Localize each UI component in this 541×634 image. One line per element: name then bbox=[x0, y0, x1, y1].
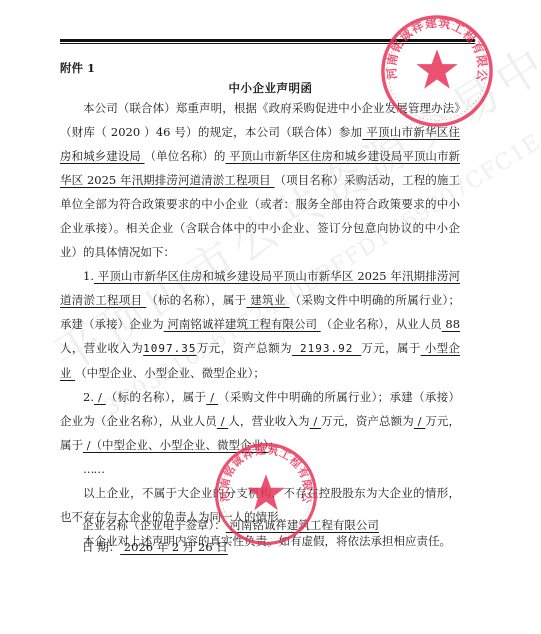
signature-date-label: 日 期： bbox=[82, 540, 120, 554]
item-2-size-field: /（中型企业、小型企业、微型企业） bbox=[83, 438, 269, 452]
header-rule-thick bbox=[60, 39, 475, 42]
ellipsis: …… bbox=[60, 457, 460, 481]
item-2-industry-field: / bbox=[206, 390, 218, 404]
signature-company-line: 企业名称（企业电子签章）： 河南铭诚祥建筑工程有限公司 bbox=[82, 515, 379, 535]
item-1-label-subject: （标的名称），属于 bbox=[146, 293, 246, 307]
item-1-employees-field: 88 bbox=[442, 317, 460, 331]
intro-paragraph: 本公司（联合体）郑重声明，根据《政府采购促进中小企业发展管理办法》（财库（ 20… bbox=[60, 96, 460, 264]
document-title: 中小企业声明函 bbox=[0, 80, 541, 96]
item-2-subject-field: / bbox=[94, 390, 106, 404]
signature-company-label: 企业名称（企业电子签章）： bbox=[82, 518, 226, 532]
signature-date-value: 2026 年 2 月 26 日 bbox=[120, 540, 228, 554]
item-2-label-employees: 人，营业收入为 bbox=[228, 414, 309, 428]
item-1-assets-field: 2193.92 bbox=[292, 342, 361, 355]
item-1-label-employees: 人，营业收入为 bbox=[60, 341, 143, 355]
header-rule-thin bbox=[60, 43, 475, 44]
signature-date-line: 日 期： 2026 年 2 月 26 日 bbox=[82, 537, 228, 557]
item-1-revenue-field: 1097.35 bbox=[143, 342, 196, 355]
intro-text-b: （单位名称）的 bbox=[145, 149, 226, 163]
item-1-company-field: 河南铭诚祥建筑工程有限公司 bbox=[164, 317, 321, 331]
item-2-employees-field: / bbox=[217, 414, 228, 428]
document-page: 附件 1 中小企业声明函 本公司（联合体）郑重声明，根据《政府采购促进中小企业发… bbox=[0, 0, 541, 634]
item-1-industry-field: 建筑业 bbox=[246, 293, 289, 307]
item-2-label-revenue: 万元，资产总额为 bbox=[321, 414, 414, 428]
header-double-rule bbox=[60, 39, 475, 45]
item-1-paragraph: 1. 平顶山市新华区住房和城乡建设局平顶山市新华区 2025 年汛期排涝河道清淤… bbox=[60, 264, 460, 385]
item-2-revenue-field: / bbox=[310, 414, 321, 428]
item-2-label-subject: （标的名称），属于 bbox=[106, 390, 207, 404]
item-1-label-company: （企业名称），从业人员 bbox=[321, 317, 442, 331]
item-1-label-revenue: 万元，资产总额为 bbox=[197, 341, 292, 355]
item-2-end: ； bbox=[269, 438, 281, 452]
document-body: 本公司（联合体）郑重声明，根据《政府采购促进中小企业发展管理办法》（财库（ 20… bbox=[60, 96, 460, 553]
item-1-label-size: （中型企业、小型企业、微型企业）； bbox=[75, 366, 265, 380]
item-2-number: 2. bbox=[83, 390, 94, 404]
item-1-label-assets: 万元，属于 bbox=[361, 341, 420, 355]
attachment-label: 附件 1 bbox=[60, 60, 95, 76]
item-2-paragraph: 2. / （标的名称），属于 / （采购文件中明确的所属行业）；承建（承接）企业… bbox=[60, 385, 460, 457]
item-2-assets-field: / bbox=[414, 414, 425, 428]
signature-company-value: 河南铭诚祥建筑工程有限公司 bbox=[226, 518, 379, 532]
svg-text:河南铭诚祥建筑工程有限公司: 河南铭诚祥建筑工程有限公司 bbox=[378, 12, 490, 83]
item-1-number: 1. bbox=[83, 269, 94, 283]
